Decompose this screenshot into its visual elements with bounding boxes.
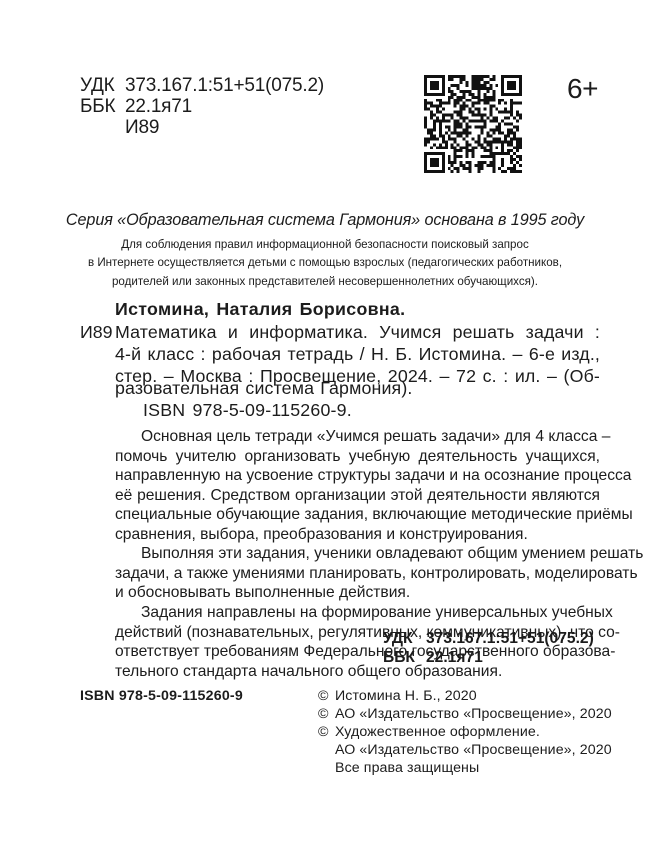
safety-notice-line: Для соблюдения правил информационной без…: [0, 236, 650, 254]
copyright-text: АО «Издательство «Просвещение», 2020: [335, 706, 612, 722]
annotation-line: Выполняя эти задания, ученики овладевают…: [115, 544, 600, 564]
annotation-paragraph-2: Выполняя эти задания, ученики овладевают…: [115, 544, 600, 603]
udk-value: 373.167.1:51+51(075.2): [125, 75, 324, 96]
catalog-line: 4-й класс : рабочая тетрадь / Н. Б. Исто…: [115, 344, 600, 365]
copyright-text: Художественное оформление.: [335, 724, 540, 740]
copyright-line: ©Художественное оформление.: [318, 724, 540, 740]
annotation-line: задачи, а также умениями планировать, ко…: [115, 564, 600, 584]
annotation-line: Задания направлены на формирование униве…: [115, 603, 600, 623]
copyright-icon: ©: [318, 724, 335, 740]
catalog-line: разовательная система Гармония).: [115, 378, 413, 399]
catalog-line: Математика и информатика. Учимся решать …: [115, 322, 600, 343]
annotation-line: направленную на усвоение структуры задач…: [115, 466, 600, 486]
annotation-line: и обосновывать выполненные действия.: [115, 583, 600, 603]
copyright-line: АО «Издательство «Просвещение», 2020: [318, 742, 612, 758]
copyright-icon: ©: [318, 706, 335, 722]
safety-notice-line: родителей или законных представителей не…: [0, 273, 650, 291]
copyright-line: ©Истомина Н. Б., 2020: [318, 688, 477, 704]
udk-value: 373.167.1:51+51(075.2): [426, 630, 594, 648]
bbk-label: ББК: [80, 96, 115, 117]
annotation-line: её решения. Средством организации этой д…: [115, 486, 600, 506]
qr-code-icon[interactable]: [424, 75, 522, 173]
annotation-line: помочь учителю организовать учебную деят…: [115, 447, 600, 467]
copyright-text: АО «Издательство «Просвещение», 2020: [335, 742, 612, 758]
udk-row-bottom: УДК 373.167.1:51+51(075.2): [383, 630, 413, 648]
annotation-line: специальные обучающие задания, включающи…: [115, 505, 600, 525]
annotation-line: Основная цель тетради «Учимся решать зад…: [115, 427, 600, 447]
author-heading: Истомина, Наталия Борисовна.: [115, 299, 405, 320]
bbk-value: 22.1я71: [125, 96, 192, 117]
copyright-text: Истомина Н. Б., 2020: [335, 688, 477, 704]
safety-notice: Для соблюдения правил информационной без…: [0, 236, 650, 291]
annotation-line: тельного стандарта начального общего обр…: [115, 662, 600, 682]
catalog-code: И89: [80, 322, 113, 343]
copyright-line: ©АО «Издательство «Просвещение», 2020: [318, 706, 612, 722]
isbn-bottom: ISBN 978-5-09-115260-9: [80, 688, 243, 704]
copyright-text: Все права защищены: [335, 760, 479, 776]
bbk-label: ББК: [383, 649, 415, 666]
author-mark: И89: [125, 117, 159, 138]
age-rating: 6+: [567, 73, 598, 105]
series-line: Серия «Образовательная система Гармония»…: [0, 211, 650, 230]
bbk-row-bottom: ББК 22.1я71: [383, 649, 415, 667]
annotation-line: сравнения, выбора, преобразования и конс…: [115, 525, 600, 545]
bbk-value: 22.1я71: [426, 649, 483, 667]
copyright-line: Все права защищены: [318, 760, 479, 776]
udk-label: УДК: [80, 75, 115, 96]
safety-notice-line: в Интернете осуществляется детьми с помо…: [0, 254, 650, 272]
copyright-icon: ©: [318, 688, 335, 704]
annotation-paragraph-1: Основная цель тетради «Учимся решать зад…: [115, 427, 600, 545]
udk-label: УДК: [383, 630, 413, 647]
catalog-isbn: ISBN 978-5-09-115260-9.: [143, 400, 352, 421]
